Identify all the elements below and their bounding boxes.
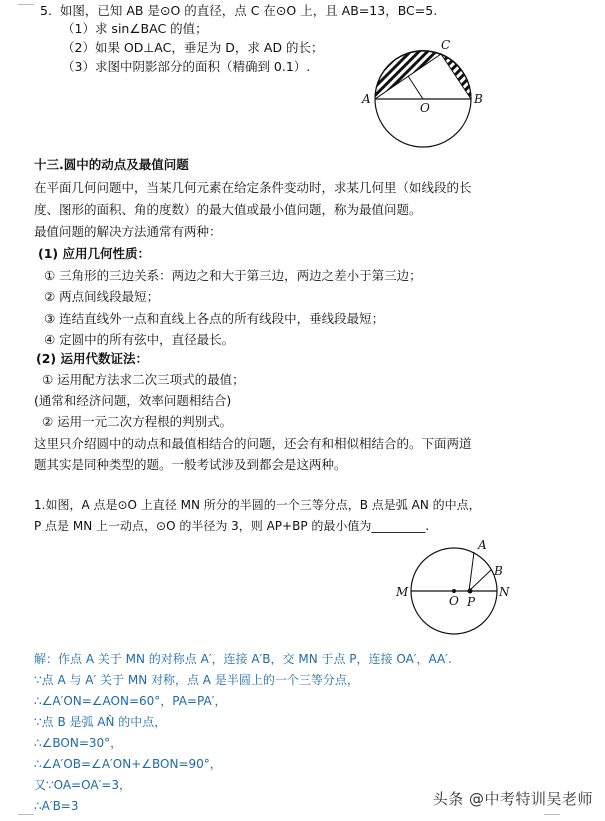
corner-mark-bottom-left (18, 814, 34, 821)
solution-line-4: ∵点 B 是弧 AN̂ 的中点， (34, 714, 166, 730)
solution-line-8: ∴A′B=3 (34, 798, 79, 814)
outro-line-2: 题其实是同种类型的题。一般考试涉及到都会是这两种。 (34, 457, 347, 473)
section-title: 十三.圆中的动点及最值问题 (34, 157, 189, 173)
label-a: A (477, 538, 487, 552)
method1-item-1: ① 三角形的三边关系：两边之和大于第三边，两边之差小于第三边； (44, 268, 422, 284)
document-page: 5. 如图，已知 AB 是⊙O 的直径，点 C 在⊙O 上，且 AB=13，BC… (0, 0, 605, 821)
solution-line-2: ∵点 A 与 A′ 关于 MN 对称，点 A 是半圆上的一个三等分点， (34, 672, 359, 688)
label-b: B (473, 92, 483, 106)
solution-line-7: 又∵OA=OA′=3， (34, 777, 131, 793)
problem-number: 5. (40, 3, 52, 18)
solution-line-6: ∴∠A′OB=∠A′ON+∠BON=90°， (34, 756, 222, 772)
point-o (452, 589, 456, 593)
problem5-part-3: （3）求图中阴影部分的面积（精确到 0.1）. (62, 59, 310, 75)
method2-item-1: ① 运用配方法求二次三项式的最值； (42, 372, 245, 388)
intro-line-2: 度、图形的面积、角的度数）的最大值或最小值问题，称为最值问题。 (34, 202, 422, 218)
label-a: A (361, 92, 371, 106)
problem5-part-2: （2）如果 OD⊥AC，垂足为 D，求 AD 的长； (62, 40, 324, 56)
method1-item-4: ④ 定圆中的所有弦中，直径最长。 (44, 332, 234, 348)
label-p: P (466, 595, 476, 609)
label-b: B (493, 564, 503, 578)
label-o: O (449, 594, 459, 608)
solution-line-1: 解：作点 A 关于 MN 的对称点 A′，连接 A′B，交 MN 于点 P，连接… (34, 651, 452, 667)
method2-note: (通常和经济问题，效率问题相结合) (34, 393, 231, 409)
intro-line-1: 在平面几何问题中，当某几何元素在给定条件变动时，求某几何里（如线段的长 (34, 180, 472, 196)
method1-title: (1) 应用几何性质： (38, 246, 150, 262)
solution-line-5: ∴∠BON=30°， (34, 735, 122, 751)
segment-od (408, 76, 423, 99)
method2-item-2: ② 运用一元二次方程根的判别式。 (42, 414, 232, 430)
corner-mark-top-left (18, 0, 34, 5)
shaded-segment-cb (441, 54, 471, 99)
problem5-stem: 5. 如图，已知 AB 是⊙O 的直径，点 C 在⊙O 上，且 AB=13，BC… (40, 3, 437, 19)
label-m: M (395, 585, 409, 599)
outro-line-1: 这里只介绍圆中的动点和最值相结合的问题，还会有和相似相结合的。下面两道 (34, 436, 472, 452)
solution-line-3: ∴∠A′ON=∠AON=60°，PA=PA′， (34, 693, 226, 709)
corner-mark-bottom-right (544, 814, 560, 821)
watermark: 头条 @中考特训吴老师 (433, 788, 593, 809)
problem5-part-1: （1）求 sin∠BAC 的值； (62, 21, 208, 37)
method2-title: (2) 运用代数证法： (36, 351, 148, 367)
segment-ap (469, 552, 474, 591)
label-o: O (420, 101, 430, 115)
problem-stem-text: 如图，已知 AB 是⊙O 的直径，点 C 在⊙O 上，且 AB=13，BC=5. (60, 3, 437, 18)
method1-item-3: ③ 连结直线外一点和直线上各点的所有线段中，垂线段最短； (44, 311, 384, 327)
label-n: N (498, 585, 510, 599)
intro-line-3: 最值问题的解决方法通常有两种： (34, 224, 222, 240)
problem1-figure: M N O P A B (382, 533, 522, 643)
problem5-figure: A B C O (360, 32, 500, 157)
problem1-line-1: 1.如图，A 点是⊙O 上直径 MN 所分的半圆的一个三等分点，B 点是弧 AN… (34, 497, 481, 513)
point-p (468, 589, 473, 594)
method1-item-2: ② 两点间线段最短； (44, 289, 159, 305)
shaded-segment-ac (375, 50, 441, 99)
segment-bp (469, 570, 491, 591)
problem1-line-2: P 点是 MN 上一动点，⊙O 的半径为 3，则 AP+BP 的最小值为____… (34, 518, 429, 534)
label-c: C (441, 38, 450, 52)
